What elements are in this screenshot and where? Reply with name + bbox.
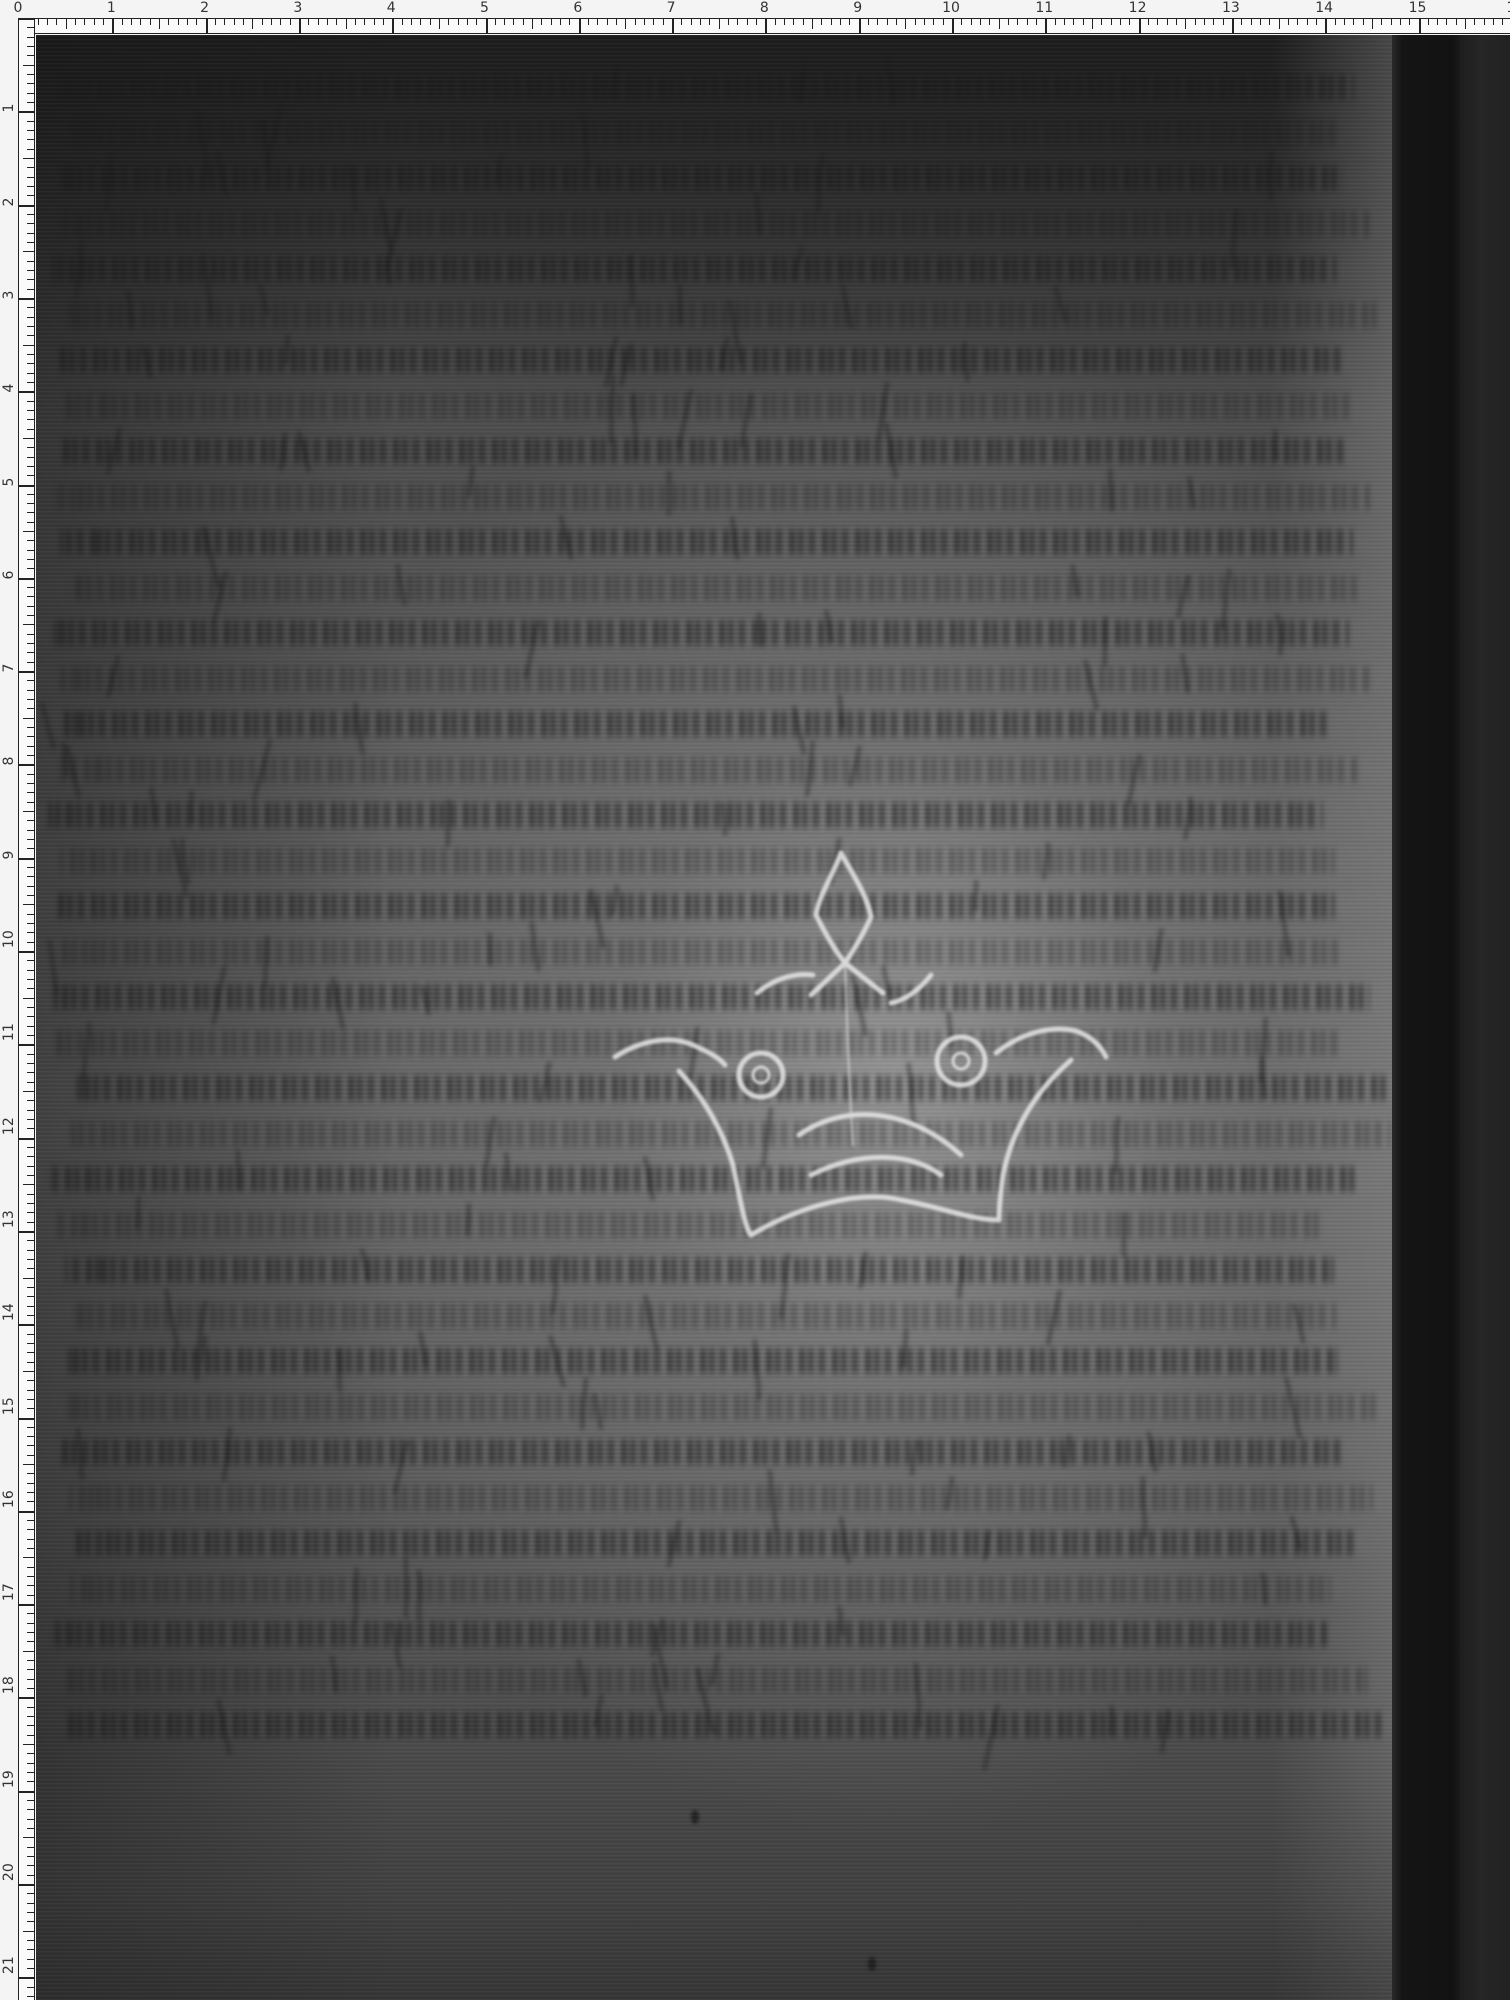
- ruler-tick: [23, 531, 34, 532]
- ruler-tick: [672, 19, 674, 34]
- ruler-tick: [1465, 19, 1466, 29]
- ruler-tick: [1409, 19, 1410, 25]
- ruler-tick: [327, 19, 328, 25]
- ruler-tick: [18, 298, 34, 300]
- ruler-tick: [1036, 19, 1037, 25]
- ruler-tick: [1502, 19, 1503, 25]
- ruler-tick: [66, 19, 67, 29]
- ruler-tick: [27, 382, 34, 383]
- ruler-tick: [252, 19, 253, 29]
- left-ruler-label: 9: [1, 850, 17, 859]
- ruler-tick: [27, 1567, 34, 1568]
- ruler-tick: [924, 19, 925, 25]
- ruler-tick: [27, 1949, 34, 1950]
- ruler-tick: [122, 19, 123, 25]
- ruler-tick: [1335, 19, 1336, 25]
- ruler-tick: [27, 848, 34, 849]
- ruler-tick: [27, 643, 34, 644]
- ruler-tick: [18, 578, 34, 580]
- ruler-tick: [27, 167, 34, 168]
- ruler-tick: [18, 111, 34, 113]
- ruler-tick: [27, 979, 34, 980]
- top-ruler-label: 15: [1409, 0, 1427, 16]
- ruler-tick: [243, 19, 244, 25]
- ruler-tick: [971, 19, 972, 25]
- ruler-tick: [27, 1856, 34, 1857]
- ruler-tick: [140, 19, 141, 25]
- ruler-tick: [27, 1352, 34, 1353]
- ruler-tick: [681, 19, 682, 25]
- ruler-tick: [27, 1016, 34, 1017]
- ruler-tick: [27, 1548, 34, 1549]
- top-ruler-label: 5: [480, 0, 489, 16]
- ruler-tick: [178, 19, 179, 25]
- ruler-tick: [27, 1343, 34, 1344]
- ruler-tick: [1391, 19, 1392, 25]
- ruler-tick: [27, 139, 34, 140]
- ruler-tick: [775, 19, 776, 25]
- ruler-tick: [27, 1968, 34, 1969]
- ruler-tick: [27, 83, 34, 84]
- ruler-tick: [23, 1557, 34, 1558]
- left-ruler-label: 2: [1, 197, 17, 206]
- ruler-tick: [27, 1156, 34, 1157]
- ruler-tick: [168, 19, 169, 25]
- ruler-tick: [27, 410, 34, 411]
- ruler-tick: [150, 19, 151, 25]
- ruler-tick: [756, 19, 757, 25]
- ruler-tick: [27, 802, 34, 803]
- ruler-tick: [27, 1623, 34, 1624]
- binding-edge: [1460, 35, 1510, 2000]
- ruler-tick: [27, 652, 34, 653]
- ruler-tick: [27, 1987, 34, 1988]
- ruler-tick: [27, 1632, 34, 1633]
- ruler-tick: [27, 1212, 34, 1213]
- ruler-tick: [27, 559, 34, 560]
- ruler-tick: [569, 19, 570, 25]
- ruler-tick: [849, 19, 850, 25]
- ruler-tick: [1400, 19, 1401, 25]
- top-ruler-label: 10: [942, 0, 960, 16]
- ruler-tick: [1008, 19, 1009, 25]
- ruler-tick: [1204, 19, 1205, 25]
- ruler-tick: [999, 19, 1000, 29]
- ruler-tick: [346, 19, 347, 29]
- ruler-tick: [476, 19, 477, 25]
- ruler-tick: [1176, 19, 1177, 25]
- ruler-tick: [27, 1175, 34, 1176]
- ruler-tick: [27, 466, 34, 467]
- ruler-tick: [27, 923, 34, 924]
- ruler-tick: [27, 867, 34, 868]
- ruler-tick: [27, 550, 34, 551]
- ruler-tick: [27, 261, 34, 262]
- left-ruler-label: 20: [1, 1863, 17, 1881]
- ruler-tick: [27, 568, 34, 569]
- ruler-tick: [1288, 19, 1289, 25]
- ruler-tick: [23, 251, 34, 252]
- ruler-tick: [23, 624, 34, 625]
- crown-watermark-icon: [601, 835, 1141, 1275]
- ruler-tick: [523, 19, 524, 25]
- left-ruler-label: 6: [1, 570, 17, 579]
- ruler-tick: [103, 19, 104, 25]
- ruler-tick: [27, 708, 34, 709]
- ruler-tick: [27, 1110, 34, 1111]
- ruler-tick: [915, 19, 916, 25]
- ruler-tick: [27, 1194, 34, 1195]
- ruler-tick: [1213, 19, 1214, 25]
- ruler-tick: [635, 19, 636, 25]
- ruler-tick: [280, 19, 281, 25]
- ruler-tick: [27, 1763, 34, 1764]
- ruler-tick: [27, 970, 34, 971]
- ruler-tick: [23, 904, 34, 905]
- ruler-tick: [1120, 19, 1121, 25]
- ruler-tick: [27, 335, 34, 336]
- ruler-tick: [27, 37, 34, 38]
- ruler-tick: [27, 1819, 34, 1820]
- ruler-tick: [1316, 19, 1317, 25]
- ruler-tick: [27, 1781, 34, 1782]
- top-ruler-label: 2: [200, 0, 209, 16]
- ruler-tick: [1064, 19, 1065, 25]
- ruler-tick: [27, 1072, 34, 1073]
- ruler-tick: [1260, 19, 1261, 25]
- ruler-tick: [27, 512, 34, 513]
- ruler-tick: [27, 755, 34, 756]
- ruler-tick: [27, 177, 34, 178]
- ruler-tick: [663, 19, 664, 25]
- ruler-tick: [23, 998, 34, 999]
- ruler-tick: [18, 1044, 34, 1046]
- ruler-tick: [1493, 19, 1494, 25]
- ruler-tick: [887, 19, 888, 25]
- ruler-tick: [18, 951, 34, 953]
- ruler-tick: [27, 214, 34, 215]
- ruler-tick: [1157, 19, 1158, 25]
- ruler-tick: [989, 19, 990, 25]
- ruler-tick: [23, 65, 34, 66]
- ruler-tick: [896, 19, 897, 25]
- ruler-tick: [18, 671, 34, 673]
- ruler-tick: [27, 317, 34, 318]
- ruler-tick: [943, 19, 944, 25]
- ruler-tick: [27, 1539, 34, 1540]
- ruler-tick: [112, 19, 114, 34]
- ruler-tick: [27, 1772, 34, 1773]
- ruler-tick: [812, 19, 813, 29]
- left-ruler-label: 13: [1, 1210, 17, 1228]
- ruler-tick: [27, 373, 34, 374]
- ruler-tick: [27, 27, 34, 28]
- ruler-tick: [336, 19, 337, 25]
- ruler-tick: [27, 447, 34, 448]
- ruler-tick: [27, 1147, 34, 1148]
- ruler-tick: [27, 1483, 34, 1484]
- ruler-tick: [27, 1492, 34, 1493]
- ruler-tick: [27, 1520, 34, 1521]
- ruler-tick: [27, 74, 34, 75]
- left-ruler-label: 15: [1, 1397, 17, 1415]
- ruler-tick: [597, 19, 598, 25]
- ruler-tick: [27, 1865, 34, 1866]
- top-ruler-label: 6: [573, 0, 582, 16]
- ruler-tick: [392, 19, 394, 34]
- ruler-tick: [784, 19, 785, 25]
- ruler-tick: [196, 19, 197, 25]
- ruler-tick: [27, 1921, 34, 1922]
- ruler-tick: [27, 1613, 34, 1614]
- ruler-tick: [18, 1791, 34, 1793]
- ruler-tick: [27, 186, 34, 187]
- ruler-tick: [27, 289, 34, 290]
- ruler-tick: [27, 130, 34, 131]
- ruler-tick: [18, 485, 34, 487]
- ruler-tick: [709, 19, 710, 25]
- ruler-tick: [23, 1091, 34, 1092]
- ruler-tick: [439, 19, 440, 29]
- ruler-tick: [411, 19, 412, 25]
- ruler-tick: [27, 149, 34, 150]
- ruler-tick: [803, 19, 804, 25]
- ruler-tick: [27, 1268, 34, 1269]
- ruler-tick: [27, 1660, 34, 1661]
- ruler-tick: [27, 419, 34, 420]
- ruler-tick: [23, 1651, 34, 1652]
- ruler-tick: [27, 1725, 34, 1726]
- ruler-tick: [933, 19, 934, 25]
- ruler-tick: [27, 475, 34, 476]
- ruler-tick: [224, 19, 225, 25]
- ruler-tick: [579, 19, 581, 34]
- ruler-tick: [1372, 19, 1373, 29]
- ruler-tick: [644, 19, 645, 25]
- ruler-tick: [27, 690, 34, 691]
- ruler-tick: [27, 93, 34, 94]
- ruler-tick: [23, 1464, 34, 1465]
- ruler-tick: [23, 718, 34, 719]
- ruler-tick: [27, 746, 34, 747]
- ruler-tick: [831, 19, 832, 25]
- ruler-tick: [27, 699, 34, 700]
- ruler-tick: [27, 1595, 34, 1596]
- ruler-tick: [1437, 19, 1438, 25]
- ruler-tick: [495, 19, 496, 25]
- ruler-tick: [1083, 19, 1084, 25]
- ruler-tick: [961, 19, 962, 25]
- ruler-tick: [27, 634, 34, 635]
- ruler-tick: [27, 1390, 34, 1391]
- ruler-tick: [700, 19, 701, 25]
- ruler-tick: [27, 1063, 34, 1064]
- ruler-tick: [1101, 19, 1102, 25]
- ruler-tick: [355, 19, 356, 25]
- ruler-tick: [27, 1166, 34, 1167]
- ruler-tick: [262, 19, 263, 25]
- ruler-tick: [27, 1035, 34, 1036]
- top-ruler-label: 1: [1506, 0, 1510, 16]
- ruler-tick: [27, 429, 34, 430]
- ruler-tick: [27, 46, 34, 47]
- ruler-tick: [541, 19, 542, 25]
- ruler-tick: [23, 1931, 34, 1932]
- ruler-tick: [27, 1576, 34, 1577]
- ruler-tick: [27, 1203, 34, 1204]
- ruler-tick: [1307, 19, 1308, 25]
- ruler-tick: [420, 19, 421, 25]
- ruler-tick: [27, 326, 34, 327]
- ruler-tick: [27, 1026, 34, 1027]
- ruler-tick: [27, 587, 34, 588]
- top-ruler-label: 0: [14, 0, 23, 16]
- ruler-tick: [18, 1231, 34, 1233]
- ruler-tick: [27, 195, 34, 196]
- ruler-tick: [18, 1604, 34, 1606]
- ruler-tick: [1045, 19, 1047, 34]
- ruler-tick: [18, 1418, 34, 1420]
- page-gutter-shadow: [1392, 35, 1460, 2000]
- ruler-tick: [980, 19, 981, 25]
- ruler-tick: [1428, 19, 1429, 25]
- left-ruler-label: 12: [1, 1117, 17, 1135]
- ruler-tick: [1363, 19, 1364, 25]
- ruler-tick: [27, 1847, 34, 1848]
- ruler-tick: [27, 1240, 34, 1241]
- ruler-tick: [27, 988, 34, 989]
- ruler-tick: [430, 19, 431, 25]
- ruler-tick: [1017, 19, 1018, 25]
- ruler-tick: [27, 1893, 34, 1894]
- ruler-tick: [1325, 19, 1327, 34]
- ruler-tick: [18, 1138, 34, 1140]
- ruler-tick: [27, 1427, 34, 1428]
- top-ruler-label: 11: [1035, 0, 1053, 16]
- left-ruler-label: 14: [1, 1303, 17, 1321]
- ruler-tick: [27, 1334, 34, 1335]
- ruler-tick: [27, 1641, 34, 1642]
- ruler-tick: [27, 1679, 34, 1680]
- top-ruler-label: 8: [760, 0, 769, 16]
- top-ruler-label: 7: [667, 0, 676, 16]
- ruler-tick: [1381, 19, 1382, 25]
- ruler-tick: [27, 540, 34, 541]
- ruler-tick: [560, 19, 561, 25]
- left-ruler-label: 19: [1, 1770, 17, 1788]
- ruler-tick: [1195, 19, 1196, 25]
- top-ruler-label: 4: [387, 0, 396, 16]
- ruler-tick: [27, 354, 34, 355]
- ruler-tick: [27, 1362, 34, 1363]
- ruler-tick: [1027, 19, 1028, 25]
- ruler-tick: [27, 457, 34, 458]
- left-ruler-label: 11: [1, 1024, 17, 1042]
- ruler-tick: [27, 1875, 34, 1876]
- manuscript-page: [36, 35, 1392, 2000]
- ruler-tick: [18, 1511, 34, 1513]
- ruler-tick: [234, 19, 235, 25]
- ruler-tick: [793, 19, 794, 25]
- ruler-tick: [27, 606, 34, 607]
- ruler-tick: [467, 19, 468, 25]
- ruler-tick: [27, 279, 34, 280]
- ruler-tick: [952, 19, 954, 34]
- left-ruler-label: 3: [1, 291, 17, 300]
- ruler-tick: [18, 764, 34, 766]
- ruler-tick: [27, 1800, 34, 1801]
- ruler-tick: [1111, 19, 1112, 25]
- ruler-tick: [27, 1408, 34, 1409]
- ruler-tick: [27, 401, 34, 402]
- ruler-tick: [27, 1501, 34, 1502]
- ruler-tick: [27, 727, 34, 728]
- ruler-tick: [458, 19, 459, 25]
- ruler-tick: [27, 1399, 34, 1400]
- top-ruler-label: 1: [107, 0, 116, 16]
- ruler-tick: [532, 19, 533, 29]
- ruler-tick: [607, 19, 608, 25]
- ruler-tick: [27, 1903, 34, 1904]
- ruler-tick: [27, 242, 34, 243]
- ruler-tick: [27, 1054, 34, 1055]
- ruler-tick: [840, 19, 841, 25]
- ruler-tick: [23, 158, 34, 159]
- top-ruler-label: 13: [1222, 0, 1240, 16]
- ruler-tick: [27, 1473, 34, 1474]
- ruler-tick: [27, 1250, 34, 1251]
- top-ruler-label: 3: [293, 0, 302, 16]
- ruler-tick: [215, 19, 216, 25]
- ruler-tick: [27, 1455, 34, 1456]
- ruler-tick: [1139, 19, 1141, 34]
- ruler-tick: [318, 19, 319, 25]
- ruler-tick: [27, 1996, 34, 1997]
- ruler-tick: [364, 19, 365, 25]
- ruler-tick: [27, 1828, 34, 1829]
- ruler-tick: [1269, 19, 1270, 25]
- ruler-tick: [27, 1259, 34, 1260]
- ruler-tick: [402, 19, 403, 25]
- ruler-tick: [27, 830, 34, 831]
- ruler-tick: [1073, 19, 1074, 25]
- ruler-tick: [27, 363, 34, 364]
- ruler-tick: [27, 1735, 34, 1736]
- ruler-tick: [27, 233, 34, 234]
- ruler-tick: [206, 19, 208, 34]
- ruler-tick: [299, 19, 301, 34]
- ruler-tick: [27, 820, 34, 821]
- ruler-tick: [27, 792, 34, 793]
- ruler-tick: [27, 783, 34, 784]
- ruler-tick: [719, 19, 720, 29]
- ruler-tick: [159, 19, 160, 29]
- ruler-tick: [23, 1837, 34, 1838]
- ruler-tick: [27, 662, 34, 663]
- ruler-tick: [27, 1287, 34, 1288]
- ruler-tick: [27, 494, 34, 495]
- ruler-tick: [1419, 19, 1421, 34]
- ruler-tick: [27, 1100, 34, 1101]
- ruler-tick: [271, 19, 272, 25]
- ruler-tick: [27, 1128, 34, 1129]
- ruler-tick: [1232, 19, 1234, 34]
- ruler-tick: [84, 19, 85, 25]
- left-ruler-label: 8: [1, 757, 17, 766]
- ruler-tick: [18, 391, 34, 393]
- ruler-tick: [27, 1529, 34, 1530]
- left-ruler-label: 21: [1, 1957, 17, 1975]
